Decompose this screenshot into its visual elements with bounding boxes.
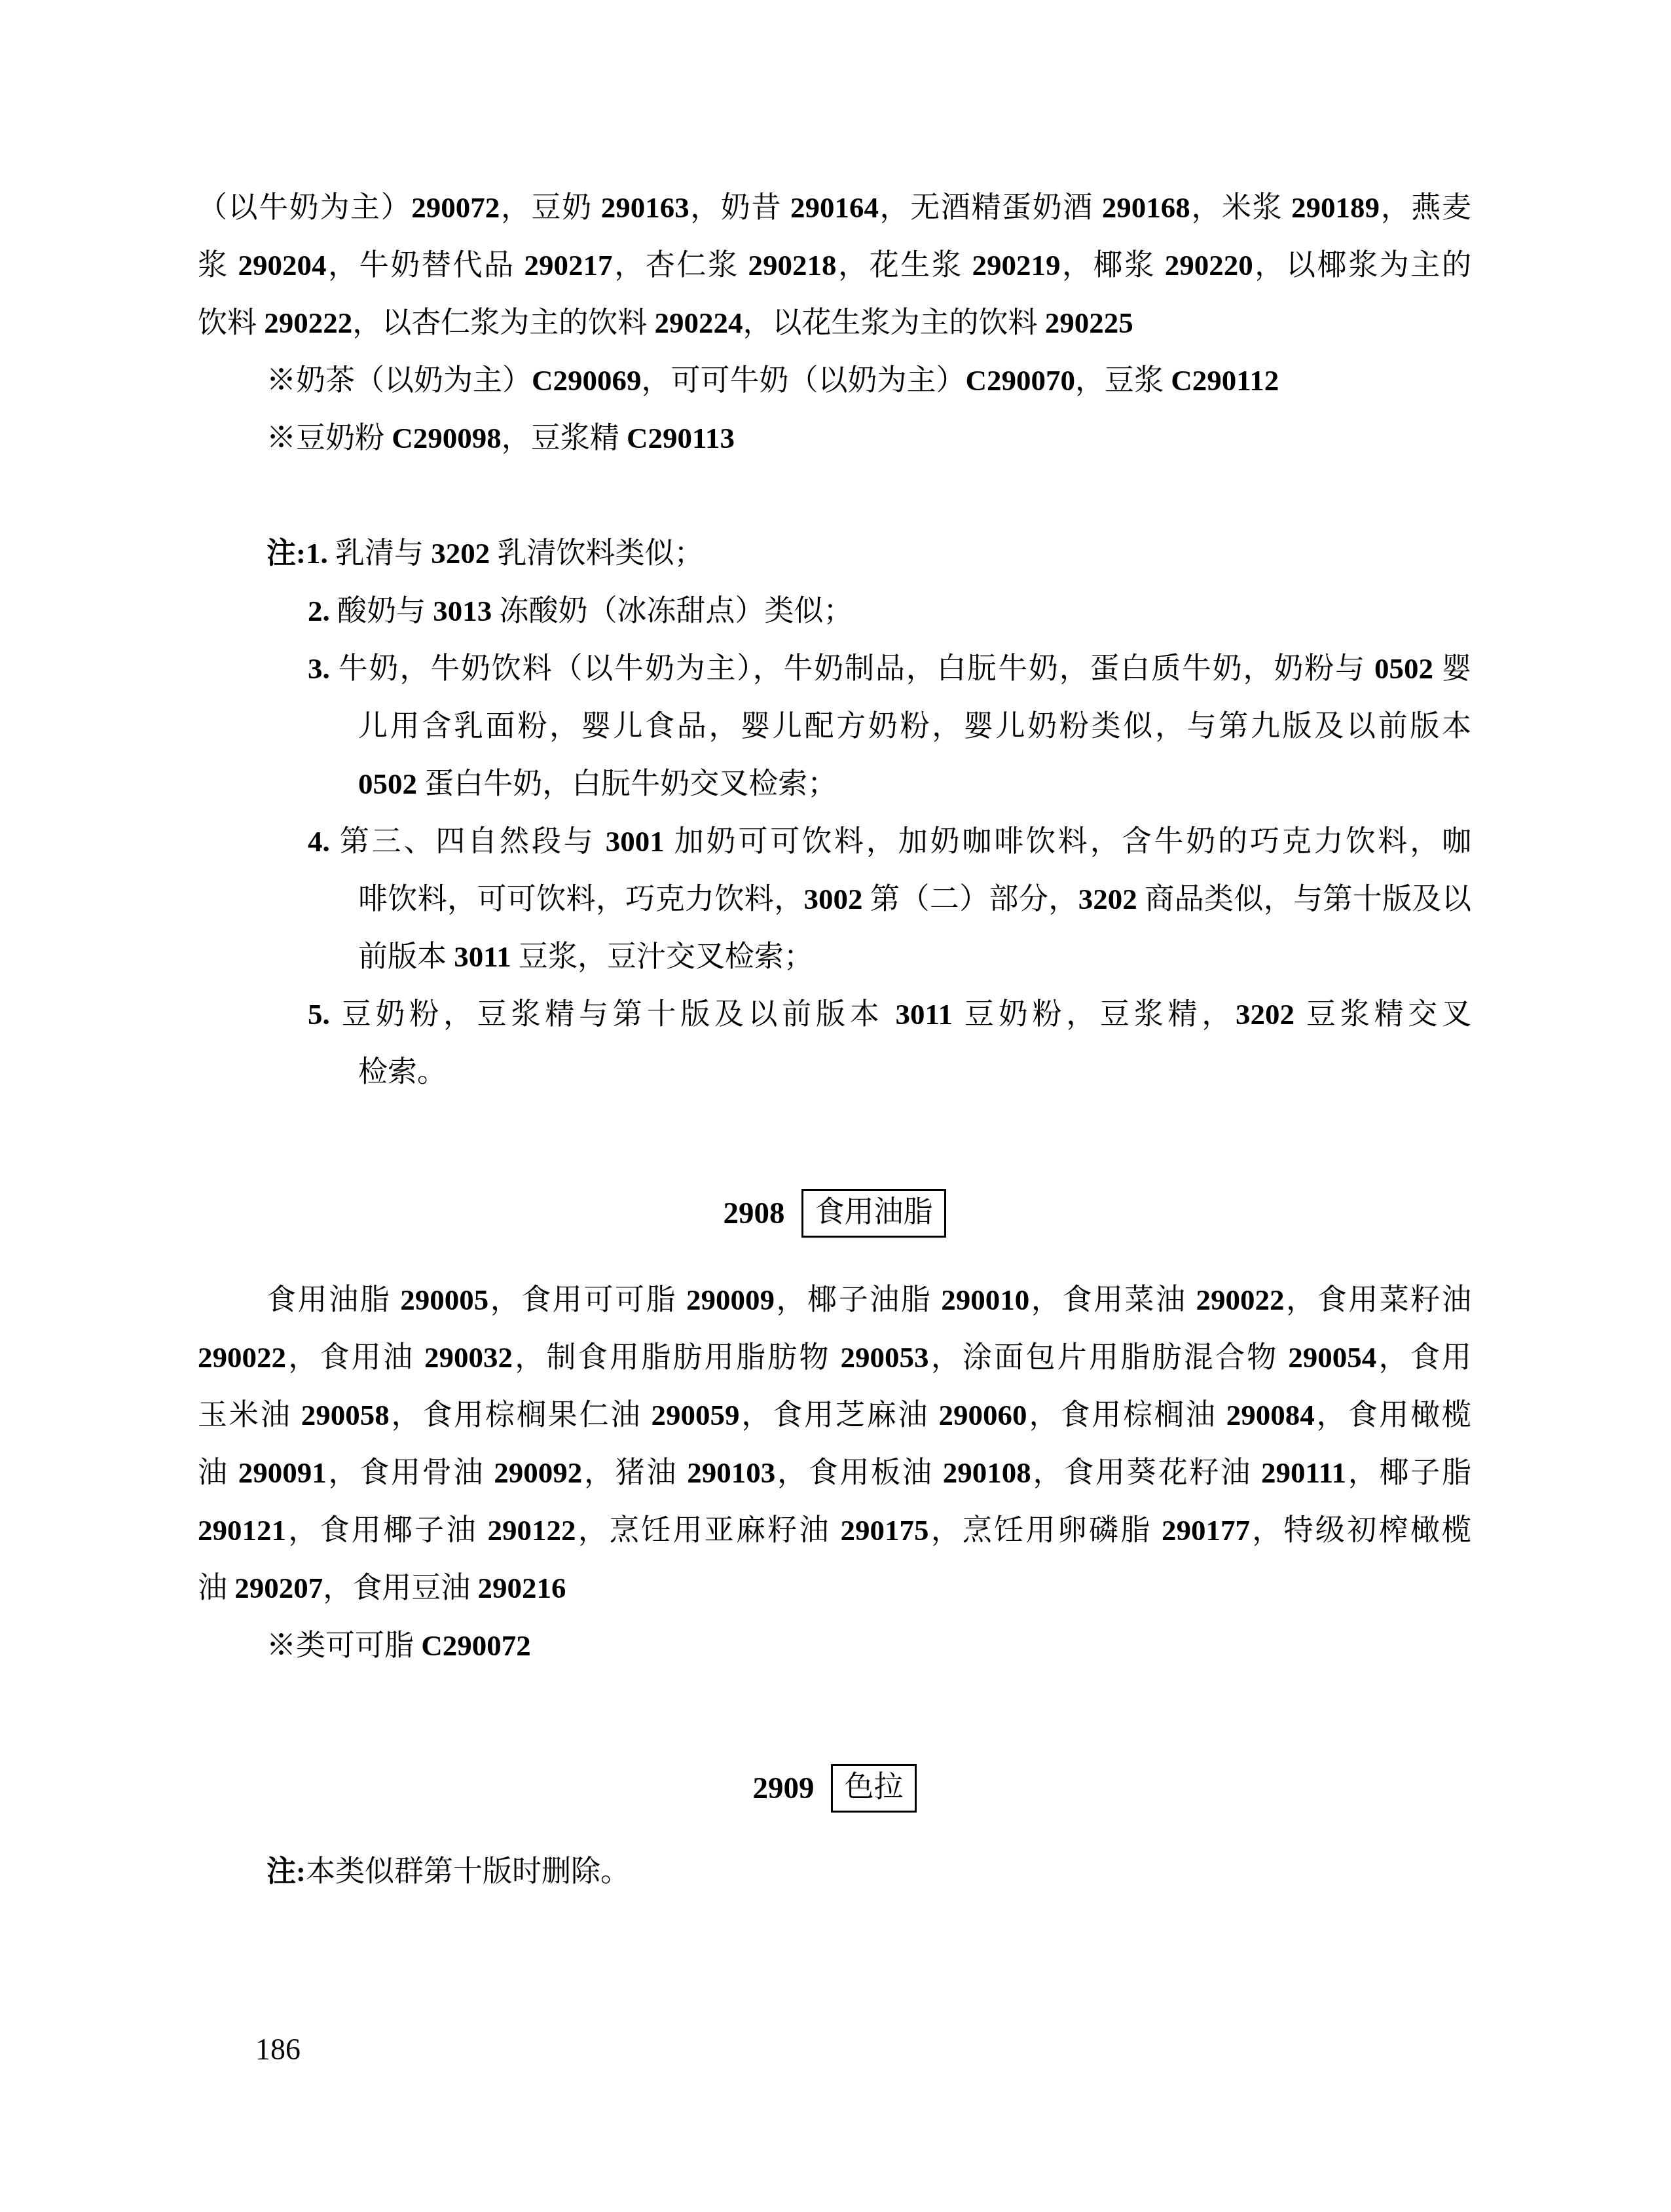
note-line: 5. 豆奶粉，豆浆精与第十版及以前版本 3011 豆奶粉，豆浆精，3202 豆浆… (198, 986, 1471, 1043)
document-page: （以牛奶为主）290072，豆奶 290163，奶昔 290164，无酒精蛋奶酒… (0, 0, 1671, 2212)
note-line: 检索。 (198, 1043, 1471, 1101)
blank-line (198, 467, 1471, 525)
note-line: 3. 牛奶，牛奶饮料（以牛奶为主），牛奶制品，白朊牛奶，蛋白质牛奶，奶粉与 05… (198, 640, 1471, 697)
note-line: 0502 蛋白牛奶，白朊牛奶交叉检索； (198, 755, 1471, 813)
text-line: 油 290207，食用豆油 290216 (198, 1559, 1471, 1617)
starred-line: ※类可可脂 C290072 (198, 1617, 1471, 1674)
note-line: 儿用含乳面粉，婴儿食品，婴儿配方奶粉，婴儿奶粉类似，与第九版及以前版本 (198, 697, 1471, 755)
page-content: （以牛奶为主）290072，豆奶 290163，奶昔 290164，无酒精蛋奶酒… (198, 179, 1471, 1900)
text-line: 油 290091，食用骨油 290092，猪油 290103，食用板油 2901… (198, 1444, 1471, 1502)
section-code: 2909 (752, 1757, 814, 1820)
note-line: 前版本 3011 豆浆，豆汁交叉检索； (198, 928, 1471, 986)
section-title-box: 食用油脂 (801, 1189, 946, 1238)
section-title-box: 色拉 (831, 1764, 916, 1813)
page-number: 186 (255, 2030, 301, 2069)
text-line: 食用油脂 290005，食用可可脂 290009，椰子油脂 290010，食用菜… (198, 1271, 1471, 1329)
note-line: 4. 第三、四自然段与 3001 加奶可可饮料，加奶咖啡饮料，含牛奶的巧克力饮料… (198, 813, 1471, 870)
note-line: 啡饮料，可可饮料，巧克力饮料，3002 第（二）部分，3202 商品类似，与第十… (198, 870, 1471, 928)
note-line: 注:1. 乳清与 3202 乳清饮料类似； (198, 525, 1471, 582)
starred-line: ※奶茶（以奶为主）C290069，可可牛奶（以奶为主）C290070，豆浆 C2… (198, 352, 1471, 409)
section-heading-2908: 2908 食用油脂 (198, 1182, 1471, 1245)
section-heading-2909: 2909 色拉 (198, 1757, 1471, 1820)
text-line: 290121，食用椰子油 290122，烹饪用亚麻籽油 290175，烹饪用卵磷… (198, 1502, 1471, 1559)
note-line: 注:本类似群第十版时删除。 (198, 1843, 1471, 1900)
text-line: 浆 290204，牛奶替代品 290217，杏仁浆 290218，花生浆 290… (198, 236, 1471, 294)
starred-line: ※豆奶粉 C290098，豆浆精 C290113 (198, 409, 1471, 467)
text-line: （以牛奶为主）290072，豆奶 290163，奶昔 290164，无酒精蛋奶酒… (198, 179, 1471, 236)
text-line: 290022，食用油 290032，制食用脂肪用脂肪物 290053，涂面包片用… (198, 1329, 1471, 1386)
note-line: 2. 酸奶与 3013 冻酸奶（冰冻甜点）类似； (198, 582, 1471, 640)
text-line: 饮料 290222，以杏仁浆为主的饮料 290224，以花生浆为主的饮料 290… (198, 294, 1471, 352)
text-line: 玉米油 290058，食用棕榈果仁油 290059，食用芝麻油 290060，食… (198, 1386, 1471, 1444)
section-code: 2908 (723, 1182, 784, 1245)
